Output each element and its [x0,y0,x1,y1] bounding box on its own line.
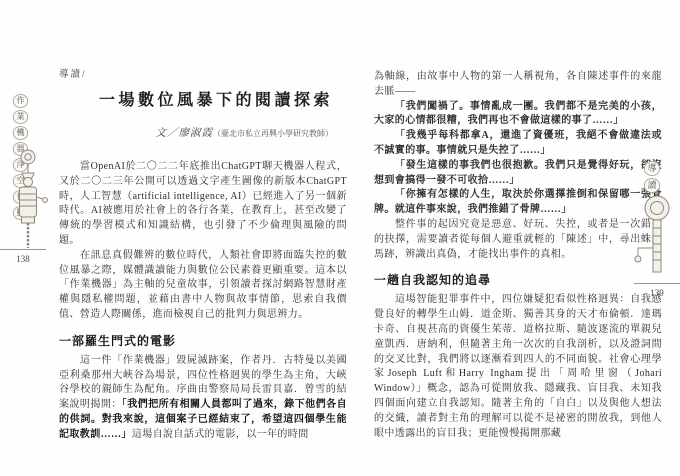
section-heading: 一趟自我認知的追尋 [374,271,662,288]
paragraph: 當OpenAI於二〇二二年底推出ChatGPT聊天機器人程式，又於二〇二三年公開… [59,160,347,249]
tab-char: 業 [13,110,28,124]
section-kicker: 導讀/ [59,66,347,80]
page-number-left: 138 [0,249,46,264]
folio-rule [634,283,680,284]
paragraph-text: 這場自說自話式的電影，以一年的時間 [132,429,309,440]
tab-char: 作 [13,94,28,108]
paragraph: 整件事的起因究竟是惡意、好玩、失控，或者是一次錯誤的抉擇，需要讀者從每個人避重就… [374,218,662,262]
paragraph: 這一件「作業機器」毀屍滅跡案，作者丹．古特曼以美國亞利桑那州大峽谷為場景，四位性… [59,354,347,443]
robot-illustration-left [6,147,50,256]
testimony-quote: 「你擁有怎樣的人生，取決於你選擇推倒和保留哪一張骨牌。就這件事來說，我們推錯了骨… [374,188,662,218]
article-title: 一場數位風暴下的閱讀探索 [59,87,347,110]
page-number-right: 139 [634,283,680,298]
paragraph: 在訊息真假難辨的數位時代，人類社會即將面臨失控的數位風暴之際，媒體識讀能力與數位… [59,249,347,323]
left-page: 導讀/ 一場數位風暴下的閱讀探索 文／廖淑霞（臺北市私立再興小學研究教師） 當O… [59,66,347,443]
author-name: 文／廖淑霞 [156,128,214,139]
section-heading: 一部羅生門式的電影 [59,332,347,349]
right-body-text: 為軸線，由故事中人物的第一人稱視角，各自陳述事件的來龍去脈—— 「我們闖禍了。事… [374,70,662,441]
page-number: 139 [650,288,664,298]
tab-char: 機 [13,126,28,140]
tab-char: 導 [644,161,660,176]
paragraph: 這場智能犯罪事件中，四位嫌疑犯看似性格迥異：自我感覺良好的轉學生山姆．道金斯、獨… [374,293,662,441]
testimony-quote: 「發生這樣的事我們也很抱歉。我們只是覺得好玩，卻沒想到會搞得一發不可收拾……」 [374,159,662,189]
robot-arm-illustration-right [630,190,678,285]
chapter-side-tab: 導 讀 [644,160,660,194]
paragraph: 為軸線，由故事中人物的第一人稱視角，各自陳述事件的來龍去脈—— [374,70,662,100]
testimony-quote: 「我們闖禍了。事情亂成一團。我們都不是完美的小孩，大家的心情都很糟，我們再也不會… [374,100,662,130]
page-number: 138 [16,254,30,264]
testimony-quote: 「我幾乎每科都拿A，還進了資優班，我絕不會做違法或不誠實的事。事情就只是失控了…… [374,129,662,159]
byline: 文／廖淑霞（臺北市私立再興小學研究教師） [59,125,347,140]
left-body-text: 當OpenAI於二〇二二年底推出ChatGPT聊天機器人程式，又於二〇二三年公開… [59,160,347,443]
right-page: 為軸線，由故事中人物的第一人稱視角，各自陳述事件的來龍去脈—— 「我們闖禍了。事… [374,70,662,441]
author-affiliation: （臺北市私立再興小學研究教師） [213,129,333,138]
folio-rule [0,249,46,250]
